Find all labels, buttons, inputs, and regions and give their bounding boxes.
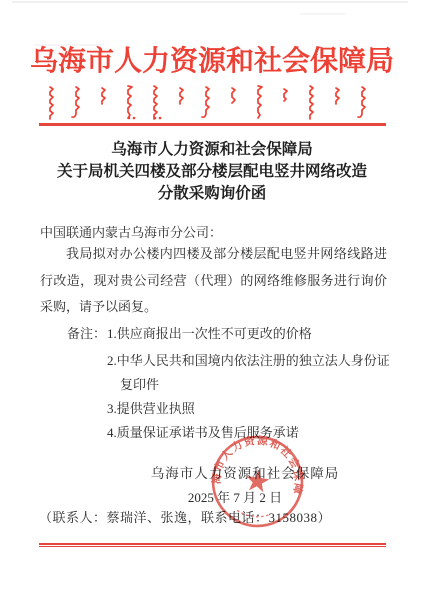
mongolian-diacritic-dots: [128, 117, 162, 120]
letterhead-org-name: 乌海市人力资源和社会保障局: [0, 44, 424, 80]
mongolian-script-row-icon: [44, 84, 380, 122]
document-title-line2: 关于局机关四楼及部分楼层配电竖井网络改造: [0, 161, 424, 183]
official-seal: 乌海市人力资源和社会保障局: [203, 427, 313, 537]
salutation-line: 中国联通内蒙古乌海市分公司：: [40, 225, 222, 241]
scan-artifact: [12, 1, 408, 3]
body-paragraph: 我局拟对办公楼内四楼及部分楼层配电竖井网络线路进行改造，现对贵公司经营（代理）的…: [40, 241, 387, 321]
scanned-official-letter: 乌海市人力资源和社会保障局 乌海市人力资源和社会保障局 关于局机关四楼及部分楼层…: [0, 0, 424, 600]
notes-items: 1.供应商报出一次性不可更改的价格 2.中华人民共和国境内依法注册的独立法人身份…: [107, 324, 390, 447]
note-item-2: 2.中华人民共和国境内依法注册的独立法人身份证: [107, 351, 390, 370]
red-star-icon: [245, 468, 271, 493]
note-item-1: 1.供应商报出一次性不可更改的价格: [107, 324, 390, 343]
footer-divider-rule: [39, 543, 386, 547]
notes-label: 备注：: [67, 324, 106, 447]
document-title-line1: 乌海市人力资源和社会保障局: [0, 139, 424, 161]
note-item-3: 3.提供营业执照: [107, 399, 390, 418]
document-title-line3: 分散采购询价函: [0, 183, 424, 205]
seal-serial-marks: [237, 510, 270, 518]
header-divider-rule: [39, 123, 386, 126]
note-item-2-continuation: 复印件: [107, 375, 390, 394]
scan-artifact: [300, 13, 346, 15]
document-title: 乌海市人力资源和社会保障局 关于局机关四楼及部分楼层配电竖井网络改造 分散采购询…: [0, 139, 424, 205]
